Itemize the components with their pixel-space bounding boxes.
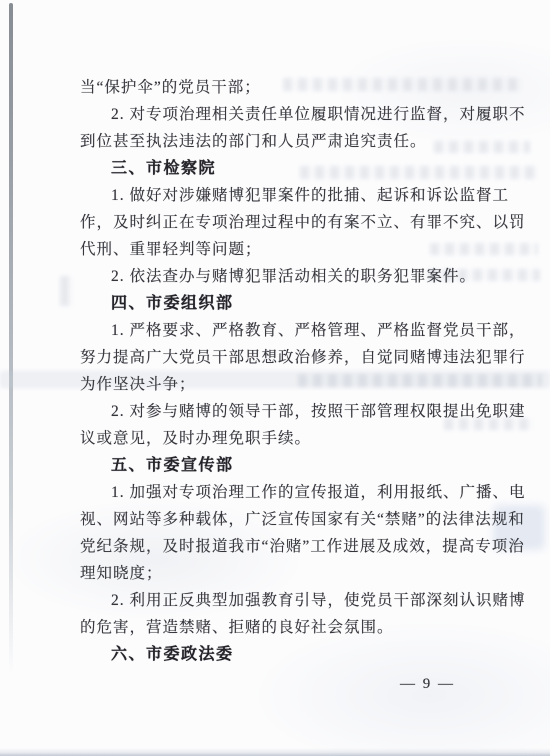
section-heading: 三、市检察院 (80, 155, 482, 182)
bleedthrough-smudge (60, 276, 74, 306)
document-line: 2. 对专项治理相关责任单位履职情况进行监督，对履职不 (80, 101, 482, 128)
section-heading: 四、市委组织部 (80, 290, 482, 317)
document-line: 代刑、重罪轻判等问题； (80, 236, 482, 263)
document-line: 2. 依法查办与赌博犯罪活动相关的职务犯罪案件。 (80, 263, 482, 290)
document-line: 努力提高广大党员干部思想政治修养，自觉同赌博违法犯罪行 (80, 344, 482, 371)
document-line: 1. 做好对涉嫌赌博犯罪案件的批捕、起诉和诉讼监督工 (80, 182, 482, 209)
document-line: 1. 加强对专项治理工作的宣传报道，利用报纸、广播、电 (80, 479, 482, 506)
document-line: 1. 严格要求、严格教育、严格管理、严格监督党员干部， (80, 317, 482, 344)
document-line: 议或意见，及时办理免职手续。 (80, 425, 482, 452)
document-line: 到位甚至执法违法的部门和人员严肃追究责任。 (80, 128, 482, 155)
document-line: 党纪条规，及时报道我市“治赌”工作进展及成效，提高专项治 (80, 533, 482, 560)
scan-edge-bottom (0, 748, 550, 756)
text-block: 当“保护伞”的党员干部；2. 对专项治理相关责任单位履职情况进行监督，对履职不到… (80, 74, 482, 668)
document-line: 当“保护伞”的党员干部； (80, 74, 482, 101)
document-line: 视、网站等多种载体，广泛宣传国家有关“禁赌”的法律法规和 (80, 506, 482, 533)
document-line: 2. 利用正反典型加强教育引导，使党员干部深刻认识赌博 (80, 587, 482, 614)
section-heading: 五、市委宣传部 (80, 452, 482, 479)
document-line: 理知晓度； (80, 560, 482, 587)
document-line: 的危害，营造禁赌、拒赌的良好社会氛围。 (80, 614, 482, 641)
page-number: — 9 — (400, 676, 455, 693)
document-line: 为作坚决斗争； (80, 371, 482, 398)
scan-binding-edge-left (9, 3, 13, 703)
document-line: 2. 对参与赌博的领导干部，按照干部管理权限提出免职建 (80, 398, 482, 425)
section-heading: 六、市委政法委 (80, 641, 482, 668)
document-line: 作，及时纠正在专项治理过程中的有案不立、有罪不究、以罚 (80, 209, 482, 236)
scanned-document-page: 当“保护伞”的党员干部；2. 对专项治理相关责任单位履职情况进行监督，对履职不到… (0, 0, 550, 756)
